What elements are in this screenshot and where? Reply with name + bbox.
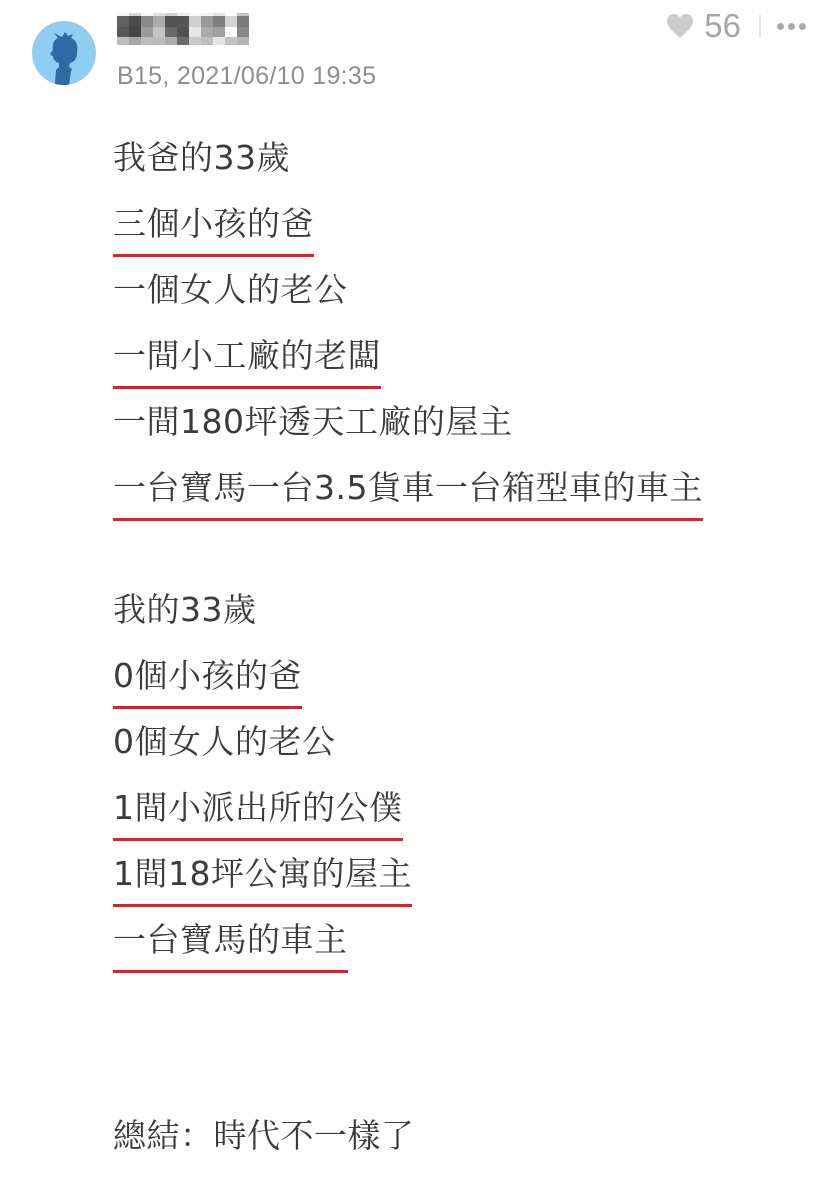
body-line-underlined: 1間18坪公寓的屋主 bbox=[113, 844, 808, 910]
post-header: B15, 2021/06/10 19:35 56 bbox=[0, 0, 828, 110]
more-dots-icon bbox=[799, 23, 806, 30]
like-button[interactable]: 56 bbox=[666, 7, 741, 45]
post-actions: 56 bbox=[666, 8, 806, 44]
body-line-underlined: 1間小派出所的公僕 bbox=[113, 778, 808, 844]
actions-divider bbox=[759, 15, 761, 37]
paragraph-spacer bbox=[113, 524, 808, 580]
body-line: 一個女人的老公 bbox=[113, 260, 808, 326]
boy-silhouette-icon bbox=[32, 21, 96, 85]
body-line-underlined: 一間小工廠的老闆 bbox=[113, 326, 808, 392]
post-body: 我爸的33歲 三個小孩的爸 一個女人的老公 一間小工廠的老闆 一間180坪透天工… bbox=[113, 128, 808, 1172]
more-dots-icon bbox=[788, 23, 795, 30]
body-line-underlined: 一台寶馬一台3.5貨車一台箱型車的車主 bbox=[113, 458, 808, 524]
heart-icon bbox=[666, 13, 694, 39]
body-line: 我的33歲 bbox=[113, 580, 808, 646]
like-count: 56 bbox=[704, 7, 741, 45]
more-dots-icon bbox=[777, 23, 784, 30]
body-line-underlined: 一台寶馬的車主 bbox=[113, 910, 808, 976]
conclusion-line: 總結：時代不一樣了 bbox=[113, 1106, 808, 1172]
body-line: 一間180坪透天工廠的屋主 bbox=[113, 392, 808, 458]
body-line-underlined: 三個小孩的爸 bbox=[113, 194, 808, 260]
post-meta: B15, 2021/06/10 19:35 bbox=[117, 62, 376, 91]
body-line: 我爸的33歲 bbox=[113, 128, 808, 194]
username-redacted[interactable] bbox=[117, 13, 249, 49]
more-options-button[interactable] bbox=[777, 19, 806, 34]
paragraph-spacer bbox=[113, 976, 808, 1106]
body-line: 0個女人的老公 bbox=[113, 712, 808, 778]
avatar[interactable] bbox=[32, 21, 96, 85]
body-line-underlined: 0個小孩的爸 bbox=[113, 646, 808, 712]
